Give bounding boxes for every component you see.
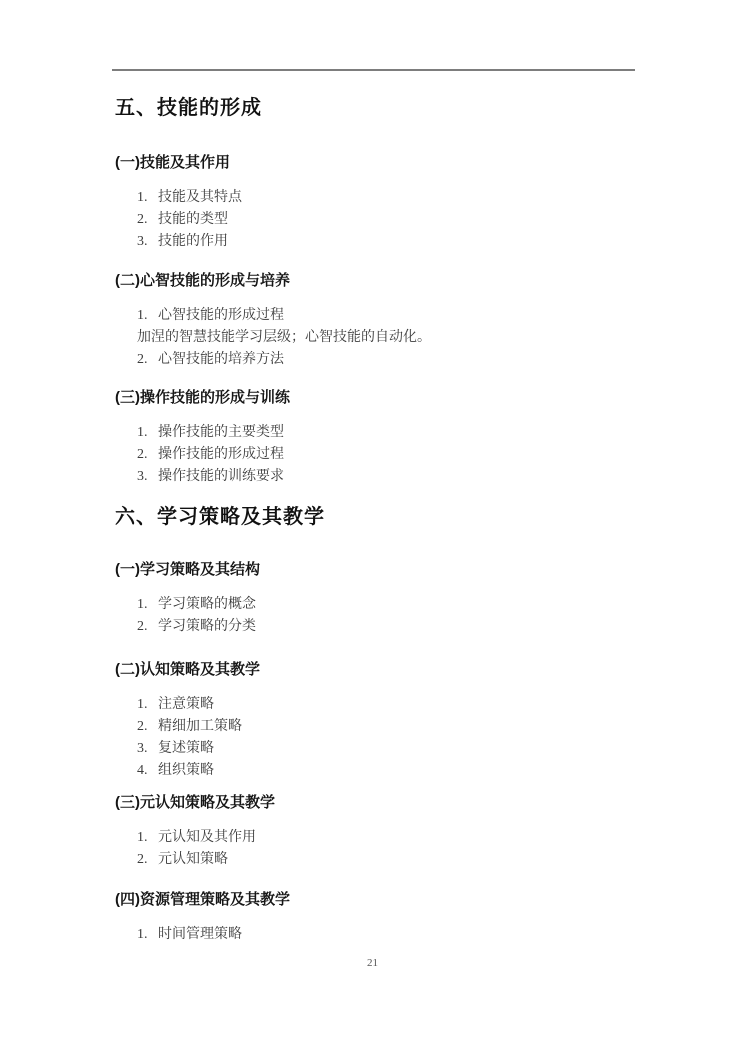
item-list: 1. 时间管理策略 <box>115 924 635 946</box>
item-text: 学习策略的分类 <box>158 616 256 638</box>
list-item: 2. 操作技能的形成过程 <box>137 444 635 466</box>
list-item: 1. 心智技能的形成过程 <box>137 305 635 327</box>
subsection-6-1: (一)学习策略及其结构 1. 学习策略的概念 2. 学习策略的分类 <box>115 561 635 638</box>
item-number: 1. <box>137 694 158 716</box>
subsection-6-3: (三)元认知策略及其教学 1. 元认知及其作用 2. 元认知策略 <box>115 794 635 871</box>
item-text: 技能的类型 <box>158 209 228 231</box>
item-number: 3. <box>137 231 158 253</box>
item-text: 心智技能的形成过程 <box>158 305 284 327</box>
item-number: 2. <box>137 209 158 231</box>
list-item: 3. 操作技能的训练要求 <box>137 466 635 488</box>
item-text: 元认知策略 <box>158 849 228 871</box>
item-number: 1. <box>137 422 158 444</box>
item-number: 1. <box>137 305 158 327</box>
document-page: 五、技能的形成 (一)技能及其作用 1. 技能及其特点 2. 技能的类型 3. … <box>0 0 745 1053</box>
item-number: 1. <box>137 594 158 616</box>
chapter-5-title: 五、技能的形成 <box>115 96 262 120</box>
list-item: 4. 组织策略 <box>137 760 635 782</box>
item-text: 技能及其特点 <box>158 187 242 209</box>
item-list: 1. 心智技能的形成过程 加涅的智慧技能学习层级；心智技能的自动化。 2. 心智… <box>115 305 635 371</box>
page-number: 21 <box>0 956 745 970</box>
subsection-title: (一)技能及其作用 <box>115 154 635 171</box>
list-item: 3. 技能的作用 <box>137 231 635 253</box>
subsection-title: (三)元认知策略及其教学 <box>115 794 635 811</box>
list-item: 2. 元认知策略 <box>137 849 635 871</box>
item-number: 1. <box>137 827 158 849</box>
list-item: 1. 时间管理策略 <box>137 924 635 946</box>
item-text: 时间管理策略 <box>158 924 242 946</box>
item-text: 复述策略 <box>158 738 214 760</box>
item-text: 组织策略 <box>158 760 214 782</box>
item-number: 3. <box>137 738 158 760</box>
item-list: 1. 注意策略 2. 精细加工策略 3. 复述策略 4. 组织策略 <box>115 694 635 782</box>
list-item: 2. 心智技能的培养方法 <box>137 349 635 371</box>
subsection-6-4: (四)资源管理策略及其教学 1. 时间管理策略 <box>115 891 635 946</box>
list-item: 2. 技能的类型 <box>137 209 635 231</box>
item-text: 元认知及其作用 <box>158 827 256 849</box>
item-number: 1. <box>137 924 158 946</box>
list-item: 2. 精细加工策略 <box>137 716 635 738</box>
item-number: 1. <box>137 187 158 209</box>
item-list: 1. 元认知及其作用 2. 元认知策略 <box>115 827 635 871</box>
list-item: 1. 学习策略的概念 <box>137 594 635 616</box>
item-number: 3. <box>137 466 158 488</box>
list-item: 3. 复述策略 <box>137 738 635 760</box>
item-text: 精细加工策略 <box>158 716 242 738</box>
item-number: 4. <box>137 760 158 782</box>
item-text: 技能的作用 <box>158 231 228 253</box>
subsection-5-3: (三)操作技能的形成与训练 1. 操作技能的主要类型 2. 操作技能的形成过程 … <box>115 389 635 488</box>
subsection-title: (四)资源管理策略及其教学 <box>115 891 635 908</box>
item-text: 操作技能的形成过程 <box>158 444 284 466</box>
item-number: 2. <box>137 716 158 738</box>
subsection-title: (二)心智技能的形成与培养 <box>115 272 635 289</box>
item-list: 1. 操作技能的主要类型 2. 操作技能的形成过程 3. 操作技能的训练要求 <box>115 422 635 488</box>
item-text: 心智技能的培养方法 <box>158 349 284 371</box>
list-item: 1. 注意策略 <box>137 694 635 716</box>
item-list: 1. 学习策略的概念 2. 学习策略的分类 <box>115 594 635 638</box>
subsection-title: (三)操作技能的形成与训练 <box>115 389 635 406</box>
item-text: 操作技能的训练要求 <box>158 466 284 488</box>
list-item: 1. 元认知及其作用 <box>137 827 635 849</box>
list-item: 1. 技能及其特点 <box>137 187 635 209</box>
subsection-5-1: (一)技能及其作用 1. 技能及其特点 2. 技能的类型 3. 技能的作用 <box>115 154 635 253</box>
list-item: 2. 学习策略的分类 <box>137 616 635 638</box>
subsection-5-2: (二)心智技能的形成与培养 1. 心智技能的形成过程 加涅的智慧技能学习层级；心… <box>115 272 635 371</box>
list-item-continuation: 加涅的智慧技能学习层级；心智技能的自动化。 <box>137 327 635 349</box>
item-text: 注意策略 <box>158 694 214 716</box>
item-number: 2. <box>137 616 158 638</box>
item-list: 1. 技能及其特点 2. 技能的类型 3. 技能的作用 <box>115 187 635 253</box>
item-number: 2. <box>137 849 158 871</box>
subsection-title: (二)认知策略及其教学 <box>115 661 635 678</box>
item-text: 操作技能的主要类型 <box>158 422 284 444</box>
item-text: 加涅的智慧技能学习层级；心智技能的自动化。 <box>137 330 431 345</box>
chapter-6-title: 六、学习策略及其教学 <box>115 505 325 529</box>
header-rule <box>112 69 635 71</box>
item-text: 学习策略的概念 <box>158 594 256 616</box>
item-number: 2. <box>137 444 158 466</box>
subsection-title: (一)学习策略及其结构 <box>115 561 635 578</box>
subsection-6-2: (二)认知策略及其教学 1. 注意策略 2. 精细加工策略 3. 复述策略 4.… <box>115 661 635 782</box>
item-number: 2. <box>137 349 158 371</box>
list-item: 1. 操作技能的主要类型 <box>137 422 635 444</box>
